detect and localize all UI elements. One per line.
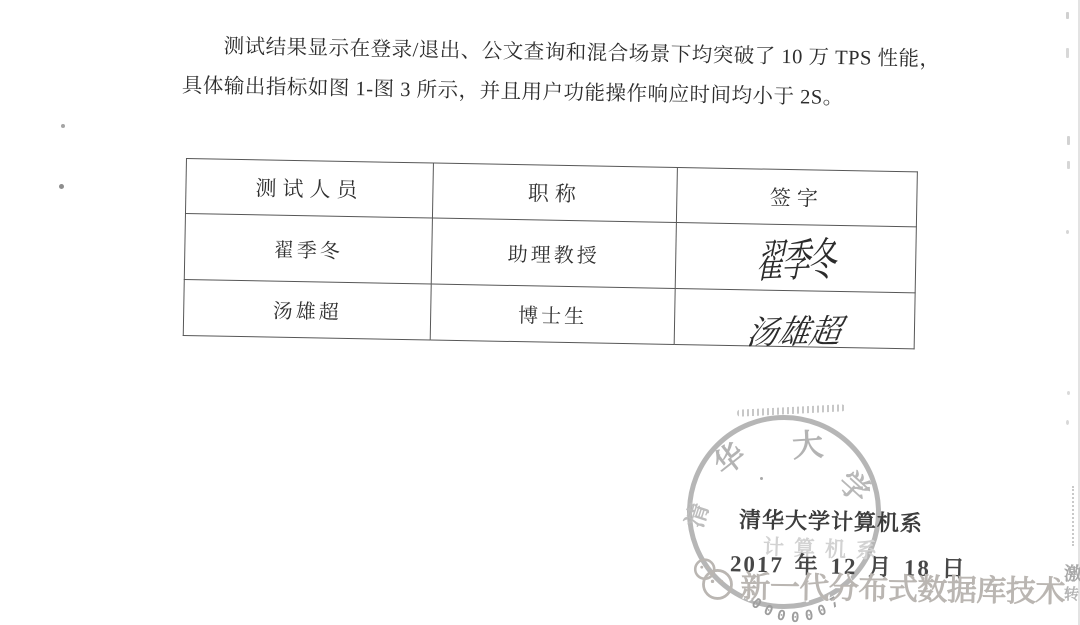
scan-speck <box>1067 391 1070 395</box>
scan-speck <box>1067 136 1070 145</box>
scan-speck <box>59 184 64 189</box>
edge-clipped-char: 转 <box>1064 583 1079 604</box>
signoff-table: 测试人员 职称 签字 翟季冬 助理教授 翟季冬 汤雄超 博士生 汤雄超 <box>183 158 918 349</box>
seal-department-text: 清华大学计算机系 <box>739 503 924 538</box>
serial-digit: 0 <box>775 607 787 625</box>
signature-cell: 汤雄超 <box>674 288 915 348</box>
serial-digit: 0 <box>791 610 800 625</box>
tester-title: 助理教授 <box>431 218 676 288</box>
col-header-signature: 签字 <box>676 168 917 227</box>
tester-title: 博士生 <box>430 284 675 344</box>
scan-speck <box>1066 420 1069 425</box>
scan-speck <box>1066 230 1069 234</box>
seal-speck <box>760 477 763 480</box>
scan-speck <box>61 124 65 128</box>
col-header-title: 职称 <box>432 163 677 222</box>
col-header-tester: 测试人员 <box>185 159 433 219</box>
scan-speck <box>1066 12 1069 19</box>
scanned-document-page: 测试结果显示在登录/退出、公文查询和混合场景下均突破了 10 万 TPS 性能，… <box>0 0 1080 625</box>
serial-digit: 0 <box>804 607 815 624</box>
watermark: 新一代分布式数据库技术 <box>690 551 1065 611</box>
wechat-icon <box>690 555 739 604</box>
body-paragraph: 测试结果显示在登录/退出、公文查询和混合场景下均突破了 10 万 TPS 性能，… <box>182 26 953 120</box>
scan-speck <box>1066 48 1069 58</box>
tester-name: 翟季冬 <box>184 213 432 284</box>
handwritten-signature: 翟季冬 <box>755 223 836 291</box>
watermark-text: 新一代分布式数据库技术 <box>740 562 1065 611</box>
tester-name: 汤雄超 <box>183 279 431 340</box>
scan-speck <box>1067 161 1070 169</box>
signature-cell: 翟季冬 <box>675 222 916 292</box>
scan-dotted-line <box>1072 486 1074 546</box>
handwritten-signature: 汤雄超 <box>744 305 845 354</box>
seal-arc-char: 大 <box>790 419 824 466</box>
